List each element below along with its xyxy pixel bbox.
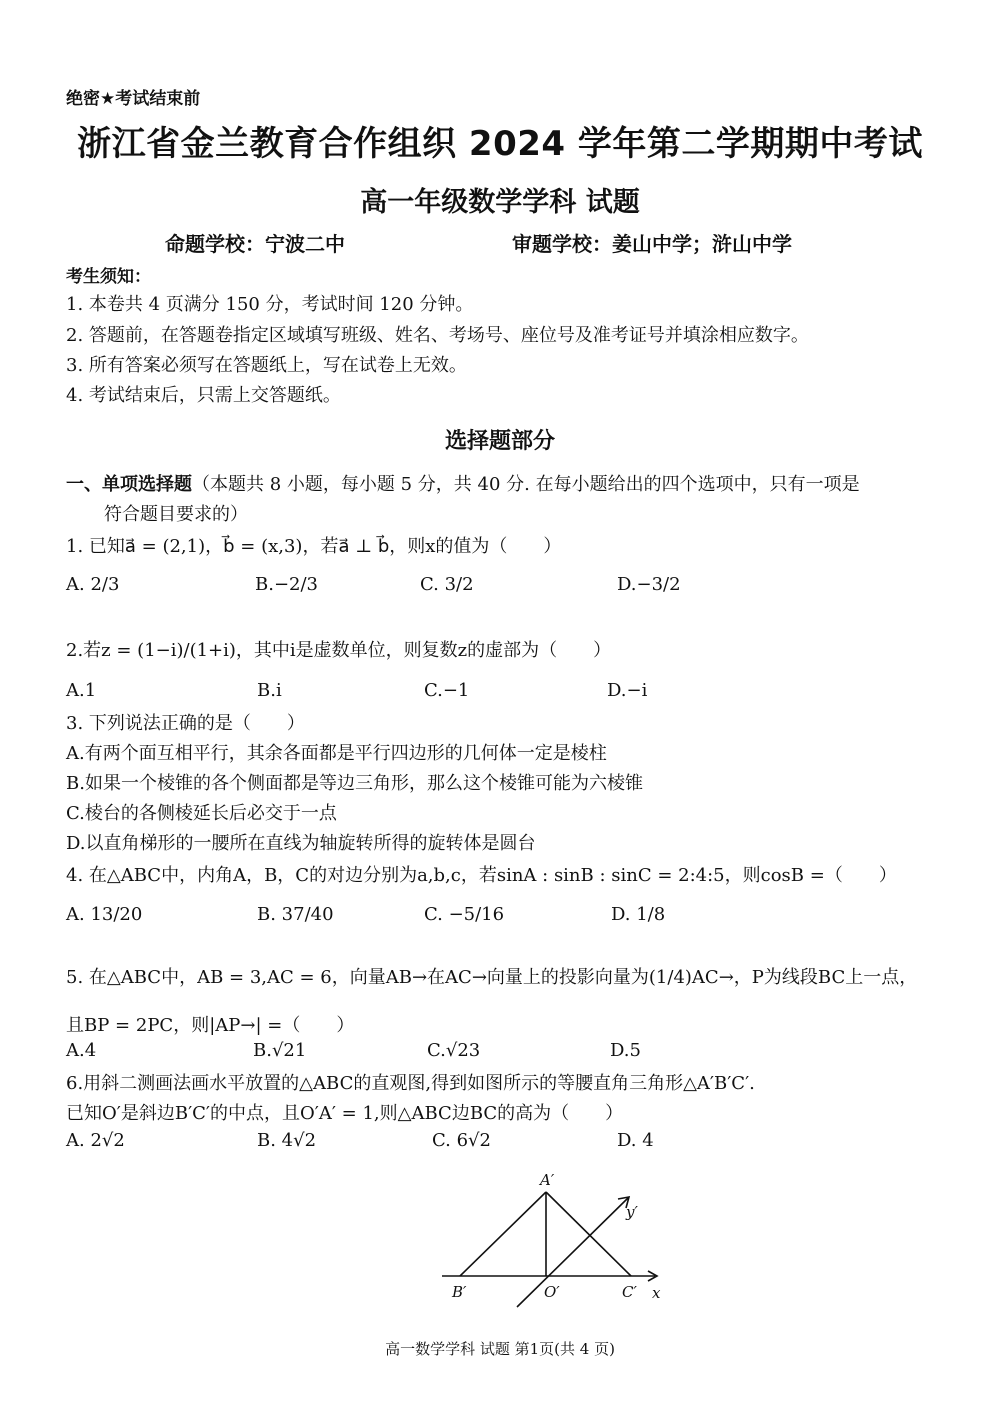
question-5-stem: 5. 在△ABC中，AB = 3,AC = 6，向量AB→在AC→向量上的投影向… (66, 963, 917, 989)
question-4-option-d: D. 1/8 (611, 904, 665, 925)
question-1-option-b: B.−2/3 (255, 574, 318, 595)
question-6-option-b: B. 4√2 (257, 1130, 316, 1151)
label-b: B′ (451, 1283, 467, 1301)
question-4-option-a: A. 13/20 (66, 904, 142, 925)
notice-item: 1. 本卷共 4 页满分 150 分，考试时间 120 分钟。 (66, 290, 473, 316)
part-description-cont: 符合题目要求的） (104, 500, 248, 526)
question-2-option-b: B.i (257, 680, 282, 701)
question-4-option-c: C. −5/16 (424, 904, 504, 925)
part-heading: 一、单项选择题（本题共 8 小题，每小题 5 分，共 40 分. 在每小题给出的… (66, 470, 860, 496)
question-3-stem: 3. 下列说法正确的是（ ） (66, 709, 305, 735)
section-title: 选择题部分 (0, 424, 1000, 455)
question-3-option-d: D.以直角梯形的一腰所在直线为轴旋转所得的旋转体是圆台 (66, 829, 536, 855)
question-2-stem: 2.若z = (1−i)/(1+i)，其中i是虚数单位，则复数z的虚部为（ ） (66, 636, 611, 662)
question-6-option-a: A. 2√2 (66, 1130, 125, 1151)
question-6-option-c: C. 6√2 (432, 1130, 491, 1151)
question-2-option-a: A.1 (66, 680, 96, 701)
reviewer-school: 审题学校：姜山中学；浒山中学 (512, 228, 792, 257)
question-6-option-d: D. 4 (617, 1130, 654, 1151)
notice-item: 3. 所有答案必须写在答题纸上，写在试卷上无效。 (66, 351, 467, 377)
notice-item: 4. 考试结束后，只需上交答题纸。 (66, 381, 341, 407)
oblique-triangle-figure: A′ B′ O′ C′ y′ x (420, 1165, 680, 1315)
question-5-option-b: B.√21 (253, 1040, 306, 1061)
question-6-stem-cont: 已知O′是斜边B′C′的中点，且O′A′ = 1,则△ABC边BC的高为（ ） (66, 1099, 623, 1125)
question-1-option-c: C. 3/2 (420, 574, 474, 595)
question-1-option-d: D.−3/2 (617, 574, 681, 595)
y-axis-line (517, 1198, 628, 1307)
question-3-option-c: C.棱台的各侧棱延长后必交于一点 (66, 799, 337, 825)
notice-heading: 考生须知： (66, 262, 151, 287)
part-description: （本题共 8 小题，每小题 5 分，共 40 分. 在每小题给出的四个选项中，只… (192, 474, 860, 495)
question-4-option-b: B. 37/40 (257, 904, 334, 925)
question-4-stem: 4. 在△ABC中，内角A，B，C的对边分别为a,b,c，若sinA : sin… (66, 861, 897, 887)
question-1-option-a: A. 2/3 (66, 574, 119, 595)
question-6-stem: 6.用斜二测画法画水平放置的△ABC的直观图,得到如图所示的等腰直角三角形△A′… (66, 1069, 755, 1095)
question-2-option-d: D.−i (607, 680, 647, 701)
question-3-option-b: B.如果一个棱锥的各个侧面都是等边三角形，那么这个棱锥可能为六棱锥 (66, 769, 643, 795)
confidential-label: 绝密★考试结束前 (66, 84, 200, 109)
question-3-option-a: A.有两个面互相平行，其余各面都是平行四边形的几何体一定是棱柱 (66, 739, 607, 765)
part-label: 一、单项选择题 (66, 474, 192, 495)
question-5-option-d: D.5 (610, 1040, 641, 1061)
exam-subtitle: 高一年级数学学科 试题 (0, 180, 1000, 219)
label-o: O′ (544, 1283, 560, 1301)
edge-a-b (460, 1192, 546, 1276)
question-5-stem-cont: 且BP = 2PC，则|AP→| =（ ） (66, 1011, 354, 1037)
question-2-option-c: C.−1 (424, 680, 469, 701)
exam-title: 浙江省金兰教育合作组织 2024 学年第二学期期中考试 (0, 116, 1000, 165)
notice-item: 2. 答题前，在答题卷指定区域填写班级、姓名、考场号、座位号及准考证号并填涂相应… (66, 321, 809, 347)
page-footer: 高一数学学科 试题 第1页(共 4 页) (0, 1338, 1000, 1359)
setter-school: 命题学校：宁波二中 (165, 228, 345, 257)
question-1-stem: 1. 已知a⃗ = (2,1)，b⃗ = (x,3)，若a⃗ ⊥ b⃗，则x的值… (66, 532, 561, 558)
question-5-option-a: A.4 (66, 1040, 96, 1061)
question-5-option-c: C.√23 (427, 1040, 480, 1061)
label-c: C′ (622, 1283, 637, 1301)
label-a: A′ (538, 1171, 555, 1189)
edge-a-c (546, 1192, 631, 1276)
label-x: x (652, 1284, 661, 1302)
label-y: y′ (625, 1203, 638, 1221)
